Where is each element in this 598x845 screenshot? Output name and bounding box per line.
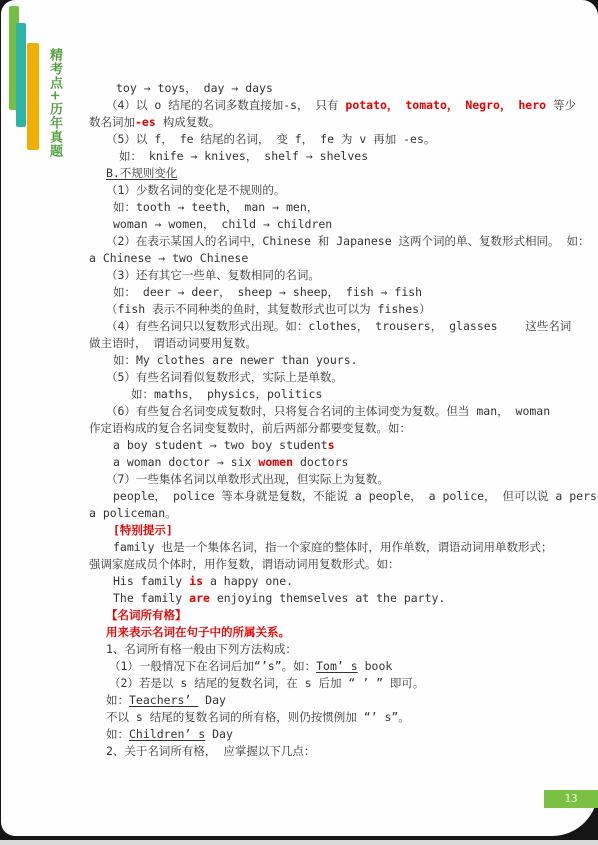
body-text: （fish 表示不同种类的鱼时，其复数形式也可以为 fishes） bbox=[106, 302, 431, 316]
text-line: toy → toys， day → days bbox=[89, 80, 525, 97]
body-text: 数名词加 bbox=[89, 115, 135, 129]
emphasis-text: 用来表示名词在句子中的所属关系。 bbox=[106, 625, 290, 639]
accent-bar-teal bbox=[16, 23, 26, 127]
body-text: （2）在表示某国人的名词中，Chinese 和 Japanese 这两个词的单、… bbox=[106, 234, 589, 248]
content-lines: toy → toys， day → days（4）以 o 结尾的名词多数直接加-… bbox=[89, 80, 525, 760]
body-text: （1）少数名词的变化是不规则的。 bbox=[106, 183, 285, 197]
body-text: a policeman。 bbox=[89, 506, 177, 520]
text-line: woman → women， child → children bbox=[89, 216, 525, 233]
text-line: （5）有些名词看似复数形式，实际上是单数。 bbox=[89, 369, 525, 386]
body-text: toy → toys， day → days bbox=[116, 81, 273, 95]
emphasis-text: is bbox=[189, 574, 203, 588]
body-text: a Chinese → two Chinese bbox=[89, 251, 248, 265]
body-text: （4）有些名词只以复数形式出现。如：clothes， trousers， gla… bbox=[106, 319, 571, 333]
text-line: （6）有些复合名词变成复数时，只将复合名词的主体词变为复数。但当 man， wo… bbox=[89, 403, 525, 420]
text-line: His family is a happy one. bbox=[89, 573, 525, 590]
body-text: 等少 bbox=[546, 98, 576, 112]
text-line: 如：tooth → teeth， man → men， bbox=[89, 199, 525, 216]
text-line: 如：Teachers’ Day bbox=[89, 692, 525, 709]
text-line: 作定语构成的复合名词变复数时，前后两部分都要变复数。如： bbox=[89, 420, 525, 437]
emphasis-text: women bbox=[258, 455, 293, 469]
text-line: 如：Children’ s Day bbox=[89, 726, 525, 743]
emphasis-text: 【名词所有格】 bbox=[106, 608, 187, 622]
body-text: a woman doctor → six bbox=[113, 455, 258, 469]
body-text: doctors bbox=[293, 455, 348, 469]
text-line: 如：My clothes are newer than yours. bbox=[89, 352, 525, 369]
text-line: （2）在表示某国人的名词中，Chinese 和 Japanese 这两个词的单、… bbox=[89, 233, 525, 250]
text-line: [特别提示] bbox=[89, 522, 525, 539]
body-text: book bbox=[358, 659, 393, 673]
body-text: 如：tooth → teeth， man → men， bbox=[113, 200, 318, 214]
text-line: a Chinese → two Chinese bbox=[89, 250, 525, 267]
text-line: 数名词加-es 构成复数。 bbox=[89, 114, 525, 131]
text-line: 强调家庭成员个体时，用作复数，谓语动词用复数形式。如： bbox=[89, 556, 525, 573]
page-number-badge: 13 bbox=[544, 790, 598, 808]
document-page: 精考点+历年真题 toy → toys， day → days（4）以 o 结尾… bbox=[1, 0, 598, 836]
body-text: （5）有些名词看似复数形式，实际上是单数。 bbox=[106, 370, 343, 384]
emphasis-text: [特别提示] bbox=[113, 523, 173, 537]
text-line: a woman doctor → six women doctors bbox=[89, 454, 525, 471]
text-line: 2、关于名词所有格， 应掌握以下几点： bbox=[89, 743, 525, 760]
sidebar-vertical-title: 精考点+历年真题 bbox=[45, 48, 64, 158]
body-text: 作定语构成的复合名词变复数时，前后两部分都要变复数。如： bbox=[89, 421, 411, 435]
text-line: （2）若是以 s 结尾的复数名词，在 s 后加 “ ’ ” 即可。 bbox=[89, 675, 525, 692]
body-text: （6）有些复合名词变成复数时，只将复合名词的主体词变为复数。但当 man， wo… bbox=[106, 404, 550, 418]
body-text: 不以 s 结尾的复数名词的所有格，则仍按惯例加 “’ s”。 bbox=[106, 710, 410, 724]
body-text: 如： deer → deer， sheep → sheep， fish → fi… bbox=[113, 285, 422, 299]
body-text: Day bbox=[198, 693, 226, 707]
text-line: （7）一些集体名词以单数形式出现，但实际上为复数。 bbox=[89, 471, 525, 488]
underlined-text: B.不规则变化 bbox=[106, 166, 177, 180]
text-line: 如：maths， physics，politics bbox=[89, 386, 525, 403]
text-line: a boy student → two boy students bbox=[89, 437, 525, 454]
body-text: 强调家庭成员个体时，用作复数，谓语动词用复数形式。如： bbox=[89, 557, 400, 571]
body-text: 如： bbox=[106, 693, 129, 707]
body-text: His family bbox=[113, 574, 189, 588]
text-line: （4）有些名词只以复数形式出现。如：clothes， trousers， gla… bbox=[89, 318, 525, 335]
text-line: （5）以 f， fe 结尾的名词， 变 f， fe 为 v 再加 -es。 bbox=[89, 131, 525, 148]
body-text: （5）以 f， fe 结尾的名词， 变 f， fe 为 v 再加 -es。 bbox=[106, 132, 435, 146]
body-text: （1）一般情况下在名词后加“’s”。如： bbox=[109, 659, 316, 673]
text-line: The family are enjoying themselves at th… bbox=[89, 590, 525, 607]
text-line: （1）一般情况下在名词后加“’s”。如：Tom’ s book bbox=[89, 658, 525, 675]
body-text: The family bbox=[113, 591, 189, 605]
body-text: 2、关于名词所有格， 应掌握以下几点： bbox=[106, 744, 315, 758]
text-line: people， police 等本身就是复数，不能说 a people， a p… bbox=[89, 488, 525, 505]
underlined-text: Tom’ s bbox=[316, 659, 358, 673]
accent-bar-yellow bbox=[27, 43, 39, 150]
body-text: woman → women， child → children bbox=[113, 217, 332, 231]
body-text: 做主语时， 谓语动词要用复数。 bbox=[89, 336, 257, 350]
text-line: B.不规则变化 bbox=[89, 165, 525, 182]
scan-bottom-strip bbox=[0, 840, 598, 845]
body-text: 1、名词所有格一般由下列方法构成： bbox=[106, 642, 297, 656]
text-line: 做主语时， 谓语动词要用复数。 bbox=[89, 335, 525, 352]
text-line: family 也是一个集体名词，指一个家庭的整体时，用作单数，谓语动词用单数形式… bbox=[89, 539, 525, 556]
text-line: （3）还有其它一些单、复数相同的名词。 bbox=[89, 267, 525, 284]
text-line: （1）少数名词的变化是不规则的。 bbox=[89, 182, 525, 199]
body-text: 如：maths， physics，politics bbox=[131, 387, 322, 401]
emphasis-text: -es bbox=[135, 115, 156, 129]
text-line: 如： deer → deer， sheep → sheep， fish → fi… bbox=[89, 284, 525, 301]
body-text: family 也是一个集体名词，指一个家庭的整体时，用作单数，谓语动词用单数形式… bbox=[113, 540, 552, 554]
emphasis-text: s bbox=[328, 438, 335, 452]
body-text: （4）以 o 结尾的名词多数直接加-s， 只有 bbox=[106, 98, 345, 112]
text-line: （4）以 o 结尾的名词多数直接加-s， 只有 potato， tomato， … bbox=[89, 97, 525, 114]
emphasis-text: are bbox=[189, 591, 210, 605]
body-text: enjoying themselves at the party. bbox=[210, 591, 445, 605]
text-line: 用来表示名词在句子中的所属关系。 bbox=[89, 624, 525, 641]
text-line: （fish 表示不同种类的鱼时，其复数形式也可以为 fishes） bbox=[89, 301, 525, 318]
body-text: people， police 等本身就是复数，不能说 a people， a p… bbox=[113, 489, 598, 503]
text-line: 【名词所有格】 bbox=[89, 607, 525, 624]
body-text: 如：My clothes are newer than yours. bbox=[113, 353, 358, 367]
text-line: a policeman。 bbox=[89, 505, 525, 522]
text-line: 1、名词所有格一般由下列方法构成： bbox=[89, 641, 525, 658]
body-text: （2）若是以 s 结尾的复数名词，在 s 后加 “ ’ ” 即可。 bbox=[109, 676, 424, 690]
body-text: （3）还有其它一些单、复数相同的名词。 bbox=[106, 268, 320, 282]
body-text: 如： bbox=[106, 727, 129, 741]
text-line: 如： knife → knives， shelf → shelves bbox=[89, 148, 525, 165]
body-text: （7）一些集体名词以单数形式出现，但实际上为复数。 bbox=[106, 472, 389, 486]
emphasis-text: potato， tomato， Negro， hero bbox=[345, 98, 546, 112]
body-text: Day bbox=[205, 727, 233, 741]
body-text: a happy one. bbox=[203, 574, 293, 588]
body-text: a boy student → two boy student bbox=[113, 438, 328, 452]
underlined-text: Teachers’ bbox=[129, 693, 198, 707]
text-line: 不以 s 结尾的复数名词的所有格，则仍按惯例加 “’ s”。 bbox=[89, 709, 525, 726]
underlined-text: Children’ s bbox=[129, 727, 205, 741]
body-text: 如： knife → knives， shelf → shelves bbox=[119, 149, 368, 163]
body-text: 构成复数。 bbox=[156, 115, 220, 129]
